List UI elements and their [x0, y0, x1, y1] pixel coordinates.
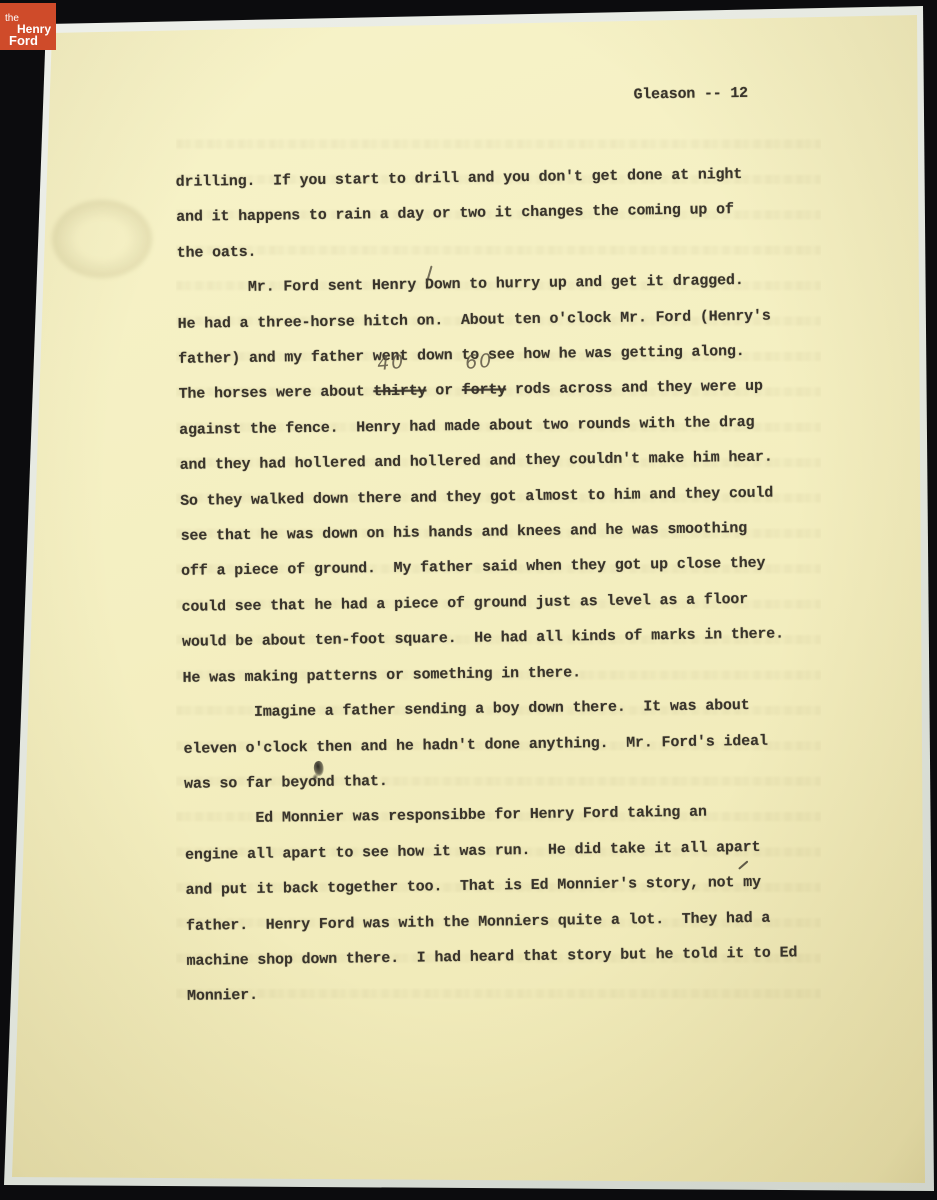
henry-ford-logo: the Henry Ford	[0, 3, 56, 50]
line-segment: nd	[317, 774, 335, 791]
line-segment: Mr. Ford sent Henry	[177, 277, 425, 297]
line-segment: or	[426, 382, 462, 399]
handwritten-correction-40: 40	[376, 353, 406, 374]
struck-word-forty: 60forty	[462, 373, 507, 409]
page-header: Gleason -- 12	[633, 85, 748, 104]
typed-content: Gleason -- 12 drilling. If you start to …	[0, 0, 937, 1200]
scribble-mark: my	[743, 865, 761, 901]
handwritten-correction-60: 60	[465, 352, 495, 373]
line-segment: was so far beyo	[184, 774, 317, 793]
line-segment: my	[743, 874, 761, 891]
pencil-slash-mark: D	[425, 268, 434, 304]
line-segment: The horses were about	[179, 384, 374, 404]
line-segment: D	[425, 277, 434, 294]
line-segment: and put it back together too. That is Ed…	[185, 874, 743, 899]
line-segment: that.	[334, 773, 387, 791]
struck-word-thirty: 40thirty	[373, 374, 427, 410]
struck-text: thirty	[373, 383, 426, 401]
struck-text: forty	[462, 382, 506, 400]
transcript-body: drilling. If you start to drill and you …	[175, 156, 847, 1015]
ink-blot-mark: nd	[317, 765, 335, 801]
line-segment: rods across and they were up	[506, 378, 763, 399]
line-segment: own to hurry up and get it dragged.	[434, 272, 744, 293]
logo-word-ford: Ford	[9, 33, 38, 48]
